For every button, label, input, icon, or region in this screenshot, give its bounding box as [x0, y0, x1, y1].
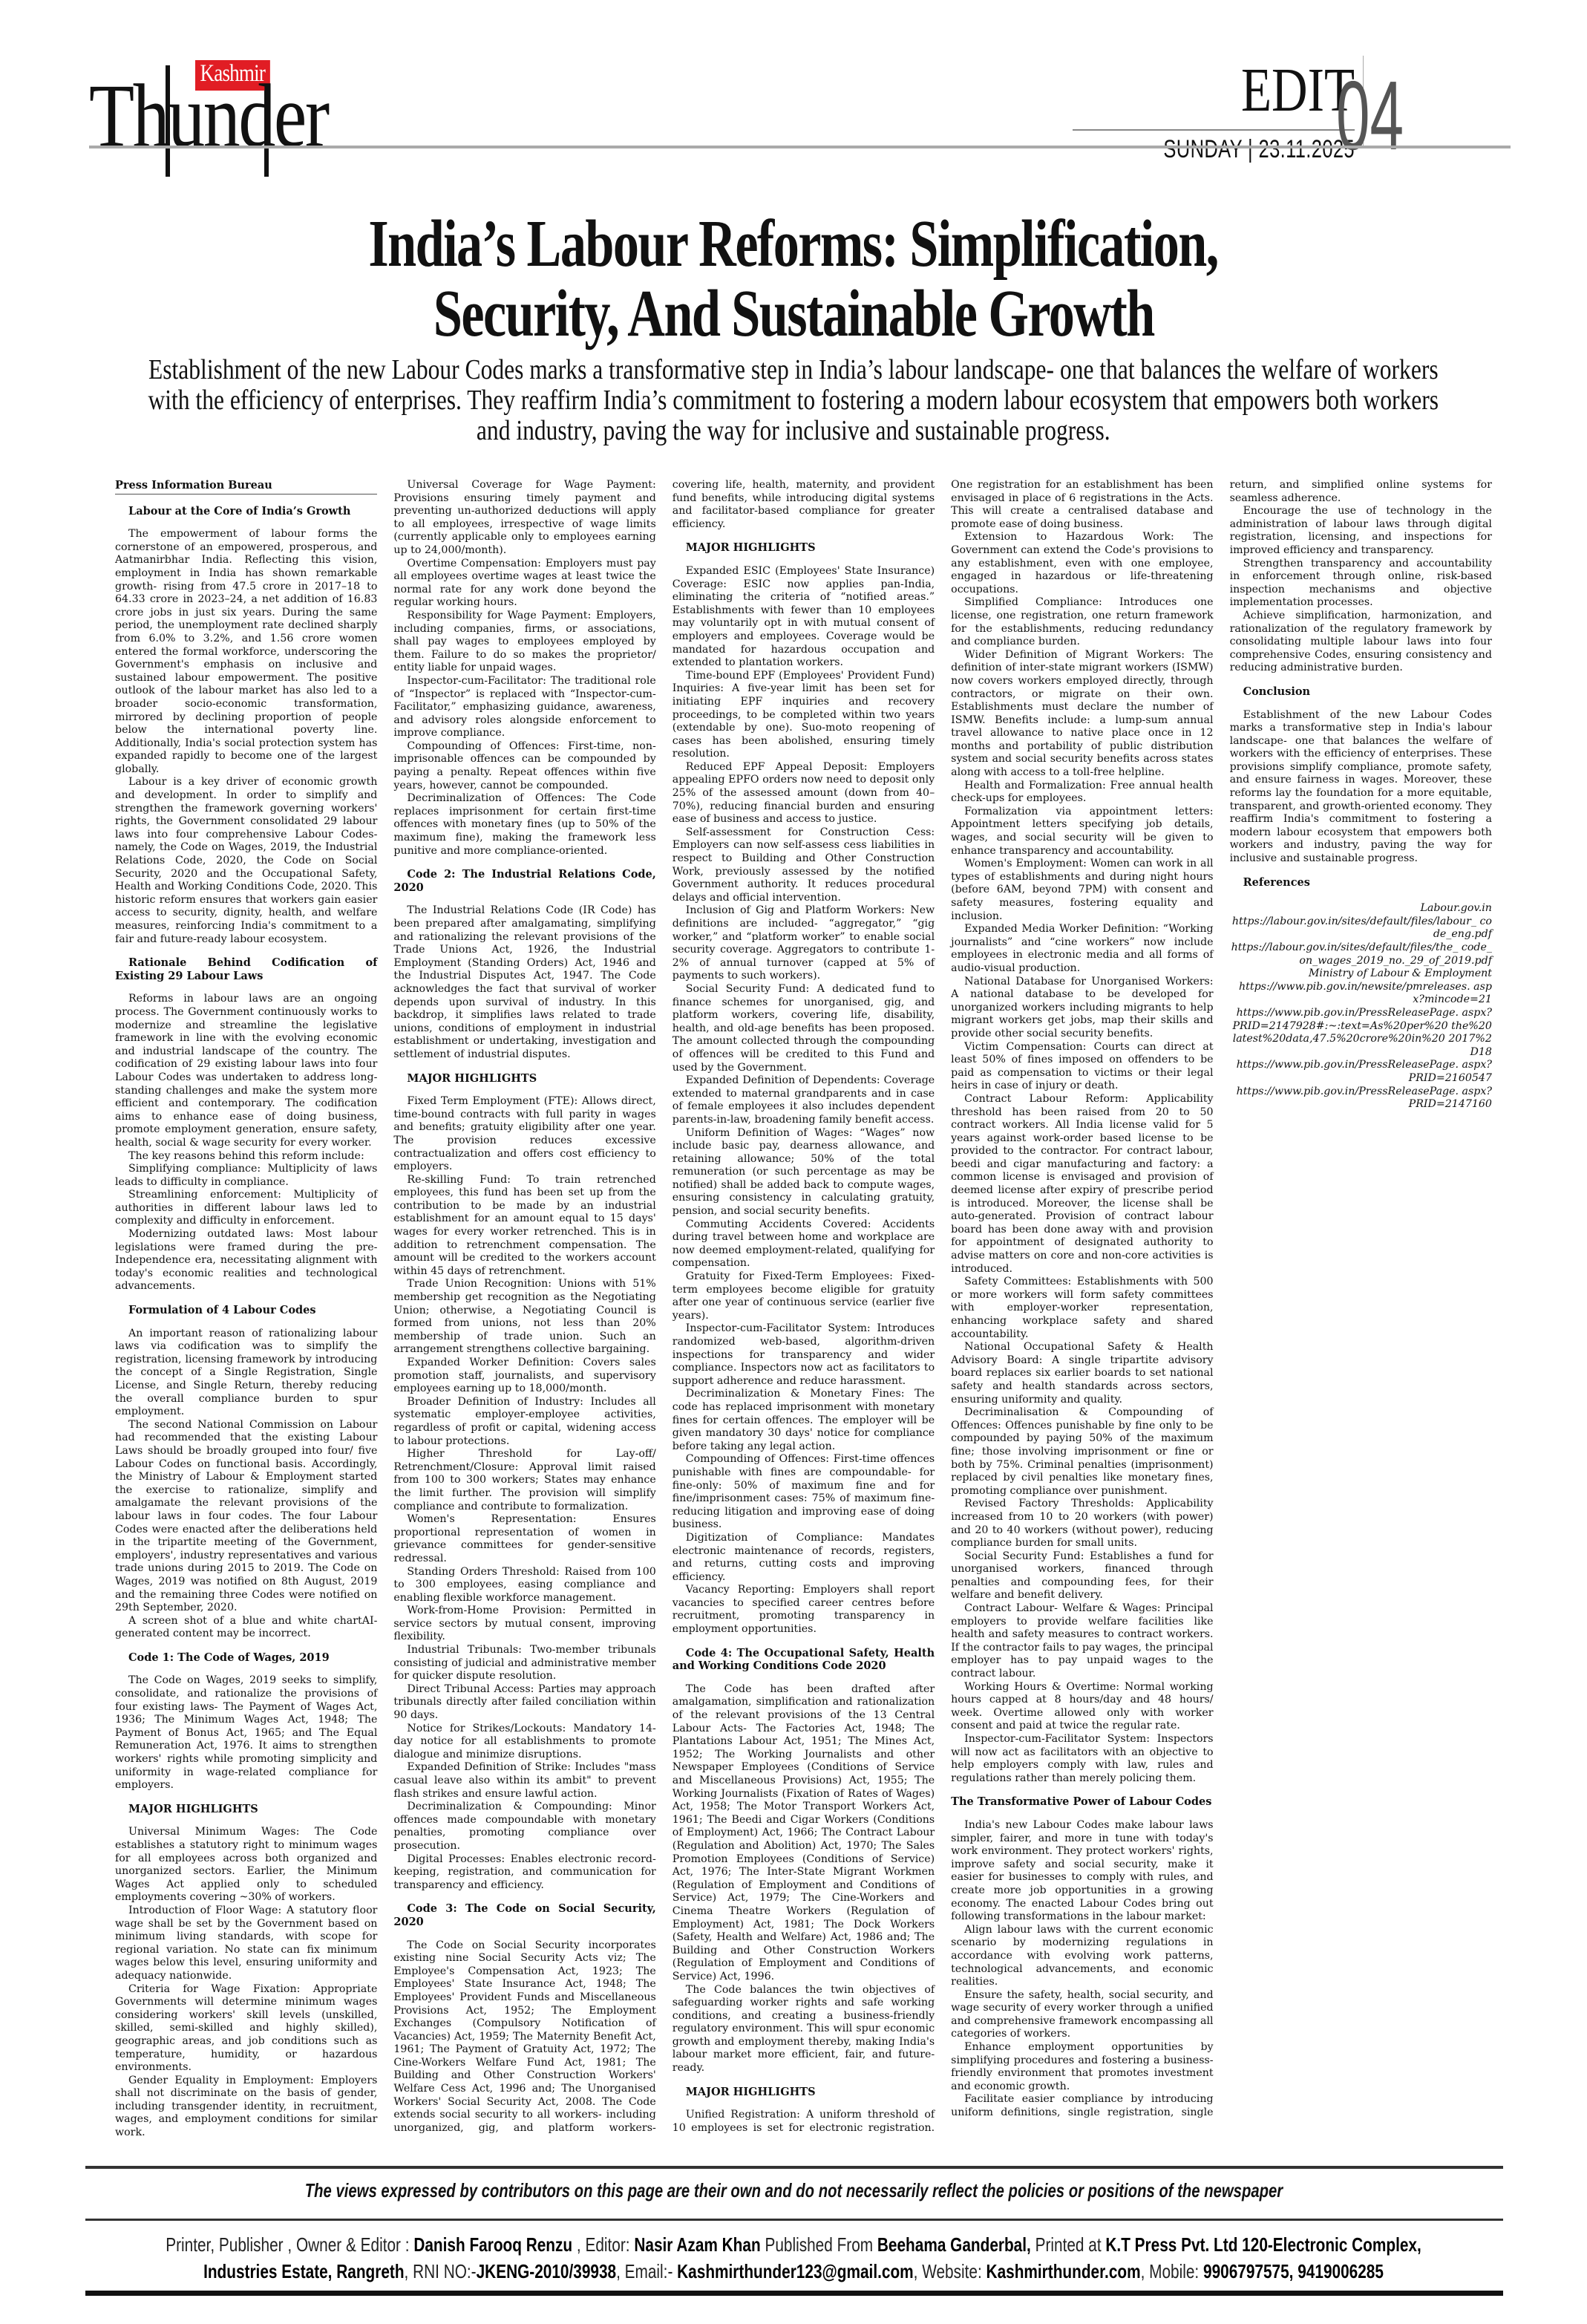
- issue-date: SUNDAY | 23.11.2025: [1099, 137, 1355, 162]
- body-paragraph: Industrial Tribunals: Two-member tribuna…: [393, 1644, 655, 1683]
- imprint-label: Printer, Publisher , Owner & Editor :: [166, 2233, 413, 2256]
- body-paragraph: Expanded Definition of Dependents: Cover…: [673, 1074, 935, 1126]
- body-paragraph: Decriminalization & Compounding: Minor o…: [393, 1801, 655, 1853]
- body-paragraph: Expanded ESIC (Employees' State Insuranc…: [673, 565, 935, 670]
- mobile-numbers: 9906797575, 9419006285: [1203, 2260, 1384, 2282]
- body-paragraph: Notice for Strikes/Lockouts: Mandatory 1…: [393, 1723, 655, 1762]
- body-paragraph: Universal Coverage for Wage Payment: Pro…: [393, 479, 655, 558]
- body-paragraph: Simplified Compliance: Introduces one li…: [951, 596, 1213, 648]
- body-paragraph: Expanded Media Worker Definition: “Worki…: [951, 923, 1213, 975]
- byline: Press Information Bureau: [115, 479, 377, 494]
- body-paragraph: Decriminalisation & Compounding of Offen…: [951, 1406, 1213, 1498]
- body-paragraph: Streamlining enforcement: Multiplicity o…: [115, 1189, 377, 1228]
- reference-link[interactable]: https://www.pib.gov.in/newsite/pmrelease…: [1230, 981, 1492, 1007]
- body-paragraph: National Database for Unorganised Worker…: [951, 976, 1213, 1041]
- deck-text: Establishment of the new Labour Codes ma…: [137, 355, 1451, 446]
- imprint-label: , Editor:: [572, 2233, 634, 2256]
- body-paragraph: Fixed Term Employment (FTE): Allows dire…: [393, 1095, 655, 1174]
- body-paragraph: Labour is a key driver of economic growt…: [115, 776, 377, 946]
- body-paragraph: Trade Union Recognition: Unions with 51%…: [393, 1278, 655, 1357]
- body-paragraph: Victim Compensation: Courts can direct a…: [951, 1041, 1213, 1093]
- reference-link[interactable]: Labour.gov.in: [1230, 902, 1492, 915]
- reference-link[interactable]: https://www.pib.gov.in/PressReleasePage.…: [1230, 1086, 1492, 1112]
- body-paragraph: Compounding of Offences: First-time offe…: [673, 1453, 935, 1532]
- body-paragraph: Time-bound EPF (Employees' Provident Fun…: [673, 670, 935, 761]
- body-paragraph: Gender Equality in Employment: Employers…: [115, 2075, 377, 2140]
- reference-link[interactable]: https://labour.gov.in/sites/default/file…: [1230, 915, 1492, 941]
- body-paragraph: Vacancy Reporting: Employers shall repor…: [673, 1584, 935, 1636]
- reference-link[interactable]: https://www.pib.gov.in/PressReleasePage.…: [1230, 1007, 1492, 1059]
- rni-number: JKENG-2010/39938: [477, 2260, 616, 2282]
- article-deck: Establishment of the new Labour Codes ma…: [134, 355, 1453, 446]
- page-number: 04: [1336, 67, 1404, 165]
- body-paragraph: The Code has been drafted after amalgama…: [673, 1683, 935, 1984]
- body-paragraph: The Industrial Relations Code (IR Code) …: [393, 904, 655, 1061]
- body-paragraph: Extension to Hazardous Work: The Governm…: [951, 531, 1213, 596]
- body-paragraph: India's new Labour Codes make labour law…: [951, 1819, 1213, 1924]
- body-paragraph: Expanded Worker Definition: Covers sales…: [393, 1357, 655, 1396]
- body-paragraph: Broader Definition of Industry: Includes…: [393, 1396, 655, 1448]
- body-paragraph: Women's Representation: Ensures proporti…: [393, 1513, 655, 1565]
- section-heading: Code 2: The Industrial Relations Code, 2…: [393, 868, 655, 894]
- body-paragraph: Introduction of Floor Wage: A statutory …: [115, 1904, 377, 1983]
- disclaimer-text: The views expressed by contributors on t…: [304, 2181, 1282, 2200]
- body-paragraph: Contract Labour- Welfare & Wages: Princi…: [951, 1602, 1213, 1681]
- section-heading: MAJOR HIGHLIGHTS: [673, 2086, 935, 2099]
- body-paragraph: Overtime Compensation: Employers must pa…: [393, 558, 655, 610]
- body-paragraph: Social Security Fund: Establishes a fund…: [951, 1550, 1213, 1602]
- body-paragraph: The Code balances the twin objectives of…: [673, 1984, 935, 2075]
- disclaimer-rule-bottom: [85, 2219, 1503, 2221]
- publisher-name: Danish Farooq Renzu: [413, 2233, 572, 2256]
- headline-line-1: India’s Labour Reforms: Simplification,: [369, 209, 1218, 279]
- body-paragraph: Work-from-Home Provision: Permitted in s…: [393, 1605, 655, 1644]
- imprint-label: , RNI NO:-: [405, 2260, 477, 2282]
- body-paragraph: Self-assessment for Construction Cess: E…: [673, 826, 935, 905]
- body-paragraph: Inclusion of Gig and Platform Workers: N…: [673, 904, 935, 983]
- body-paragraph: Criteria for Wage Fixation: Appropriate …: [115, 1983, 377, 2075]
- body-paragraph: Uniform Definition of Wages: “Wages” now…: [673, 1127, 935, 1218]
- section-label: EDIT: [1082, 59, 1355, 122]
- body-paragraph: The key reasons behind this reform inclu…: [115, 1150, 377, 1163]
- body-paragraph: Women's Employment: Women can work in al…: [951, 858, 1213, 923]
- printer-address: K.T Press Pvt. Ltd 120-Electronic Comple…: [1105, 2233, 1421, 2256]
- body-paragraph: Inspector-cum-Facilitator System: Introd…: [673, 1322, 935, 1388]
- section-rule: [1073, 129, 1355, 131]
- body-paragraph: Digital Processes: Enables electronic re…: [393, 1853, 655, 1893]
- body-paragraph: Gratuity for Fixed-Term Employees: Fixed…: [673, 1270, 935, 1322]
- imprint-label: , Email:-: [616, 2260, 677, 2282]
- section-heading: Conclusion: [1230, 685, 1492, 699]
- article-headline: India’s Labour Reforms: Simplification, …: [0, 209, 1587, 349]
- body-paragraph: Direct Tribunal Access: Parties may appr…: [393, 1683, 655, 1723]
- body-paragraph: Inspector-cum-Facilitator: The tradition…: [393, 675, 655, 740]
- body-paragraph: Standing Orders Threshold: Raised from 1…: [393, 1566, 655, 1605]
- body-paragraph: An important reason of rationalizing lab…: [115, 1328, 377, 1419]
- body-paragraph: Contract Labour Reform: Applicability th…: [951, 1093, 1213, 1276]
- section-heading: MAJOR HIGHLIGHTS: [393, 1072, 655, 1086]
- imprint-label: , Mobile:: [1141, 2260, 1203, 2282]
- section-heading: MAJOR HIGHLIGHTS: [673, 541, 935, 555]
- body-paragraph: The Code on Wages, 2019 seeks to simplif…: [115, 1674, 377, 1792]
- body-paragraph: Higher Threshold for Lay-off/ Retrenchme…: [393, 1448, 655, 1513]
- body-paragraph: The empowerment of labour forms the corn…: [115, 528, 377, 776]
- body-paragraph: National Occupational Safety & Health Ad…: [951, 1341, 1213, 1406]
- section-heading: Rationale Behind Codification of Existin…: [115, 956, 377, 982]
- body-paragraph: Compounding of Offences: First-time, non…: [393, 740, 655, 792]
- email-link[interactable]: Kashmirthunder123@gmail.com: [677, 2260, 914, 2282]
- masthead-rule: [89, 146, 1511, 148]
- imprint-label: Published From: [761, 2233, 877, 2256]
- section-heading: Code 3: The Code on Social Security, 202…: [393, 1902, 655, 1928]
- body-paragraph: Safety Committees: Establishments with 5…: [951, 1276, 1213, 1341]
- body-paragraph: Decriminalization of Offences: The Code …: [393, 792, 655, 858]
- references-heading: References: [1230, 876, 1492, 890]
- disclaimer-rule-top: [85, 2166, 1503, 2169]
- references-list: Labour.gov.inhttps://labour.gov.in/sites…: [1230, 902, 1492, 1112]
- imprint-line-1: Printer, Publisher , Owner & Editor : Da…: [159, 2231, 1428, 2258]
- body-paragraph: Enhance employment opportunities by simp…: [951, 2041, 1213, 2093]
- article-sections: Labour at the Core of India’s GrowthThe …: [115, 479, 1492, 2142]
- body-paragraph: Re-skilling Fund: To train retrenched em…: [393, 1174, 655, 1279]
- footer-rule: [85, 2291, 1503, 2296]
- imprint-line-2: Industries Estate, Rangreth, RNI NO:-JKE…: [159, 2258, 1428, 2285]
- section-heading: Code 4: The Occupational Safety, Health …: [673, 1647, 935, 1673]
- newspaper-logo[interactable]: Kashmir Thunder: [89, 65, 505, 147]
- body-paragraph: Working Hours & Overtime: Normal working…: [951, 1681, 1213, 1733]
- section-heading: The Transformative Power of Labour Codes: [951, 1795, 1213, 1809]
- body-paragraph: Wider Definition of Migrant Workers: The…: [951, 649, 1213, 780]
- body-paragraph: Expanded Definition of Strike: Includes …: [393, 1761, 655, 1801]
- reference-link[interactable]: https://www.pib.gov.in/PressReleasePage.…: [1230, 1059, 1492, 1085]
- body-paragraph: Align labour laws with the current econo…: [951, 1924, 1213, 1989]
- body-paragraph: Digitization of Compliance: Mandates ele…: [673, 1532, 935, 1584]
- body-paragraph: Modernizing outdated laws: Most labour l…: [115, 1228, 377, 1293]
- section-heading: Labour at the Core of India’s Growth: [115, 505, 377, 518]
- imprint-label: , Website:: [914, 2260, 986, 2282]
- body-paragraph: Revised Factory Thresholds: Applicabilit…: [951, 1498, 1213, 1550]
- headline-line-2: Security, And Sustainable Growth: [433, 279, 1154, 349]
- body-paragraph: Reduced EPF Appeal Deposit: Employers ap…: [673, 761, 935, 826]
- masthead: Kashmir Thunder EDIT SUNDAY | 23.11.2025…: [89, 0, 1511, 148]
- body-paragraph: Inspector-cum-Facilitator System: Inspec…: [951, 1733, 1213, 1785]
- reference-link[interactable]: Ministry of Labour & Employment: [1230, 967, 1492, 981]
- section-heading: Formulation of 4 Labour Codes: [115, 1304, 377, 1317]
- body-paragraph: Decriminalization & Monetary Fines: The …: [673, 1388, 935, 1453]
- imprint-footer: Printer, Publisher , Owner & Editor : Da…: [0, 2231, 1587, 2285]
- body-paragraph: Encourage the use of technology in the a…: [1230, 505, 1492, 557]
- body-paragraph: Achieve simplification, harmonization, a…: [1230, 610, 1492, 675]
- body-paragraph: Responsibility for Wage Payment: Employe…: [393, 610, 655, 675]
- body-paragraph: Reforms in labour laws are an ongoing pr…: [115, 993, 377, 1149]
- website-link[interactable]: Kashmirthunder.com: [986, 2260, 1141, 2282]
- body-paragraph: Universal Minimum Wages: The Code establ…: [115, 1826, 377, 1904]
- section-heading: Code 1: The Code of Wages, 2019: [115, 1651, 377, 1665]
- section-heading: MAJOR HIGHLIGHTS: [115, 1803, 377, 1816]
- body-paragraph: Simplifying compliance: Multiplicity of …: [115, 1163, 377, 1189]
- publication-place: Beehama Ganderbal,: [877, 2233, 1031, 2256]
- editor-name: Nasir Azam Khan: [634, 2233, 760, 2256]
- body-paragraph: Establishment of the new Labour Codes ma…: [1230, 709, 1492, 866]
- reference-link[interactable]: https://labour.gov.in/sites/default/file…: [1230, 941, 1492, 967]
- body-paragraph: Formalization via appointment letters: A…: [951, 806, 1213, 858]
- printer-address-cont: Industries Estate, Rangreth: [203, 2260, 404, 2282]
- body-paragraph: A screen shot of a blue and white chartA…: [115, 1615, 377, 1641]
- disclaimer: The views expressed by contributors on t…: [0, 2181, 1587, 2200]
- body-paragraph: Social Security Fund: A dedicated fund t…: [673, 983, 935, 1074]
- imprint-label: Printed at: [1031, 2233, 1106, 2256]
- body-paragraph: Health and Formalization: Free annual he…: [951, 780, 1213, 806]
- body-paragraph: The second National Commission on Labour…: [115, 1419, 377, 1615]
- body-paragraph: Commuting Accidents Covered: Accidents d…: [673, 1218, 935, 1270]
- body-paragraph: Strengthen transparency and accountabili…: [1230, 558, 1492, 610]
- body-paragraph: Ensure the safety, health, social securi…: [951, 1989, 1213, 2041]
- article-body: Press Information Bureau Labour at the C…: [115, 479, 1492, 2142]
